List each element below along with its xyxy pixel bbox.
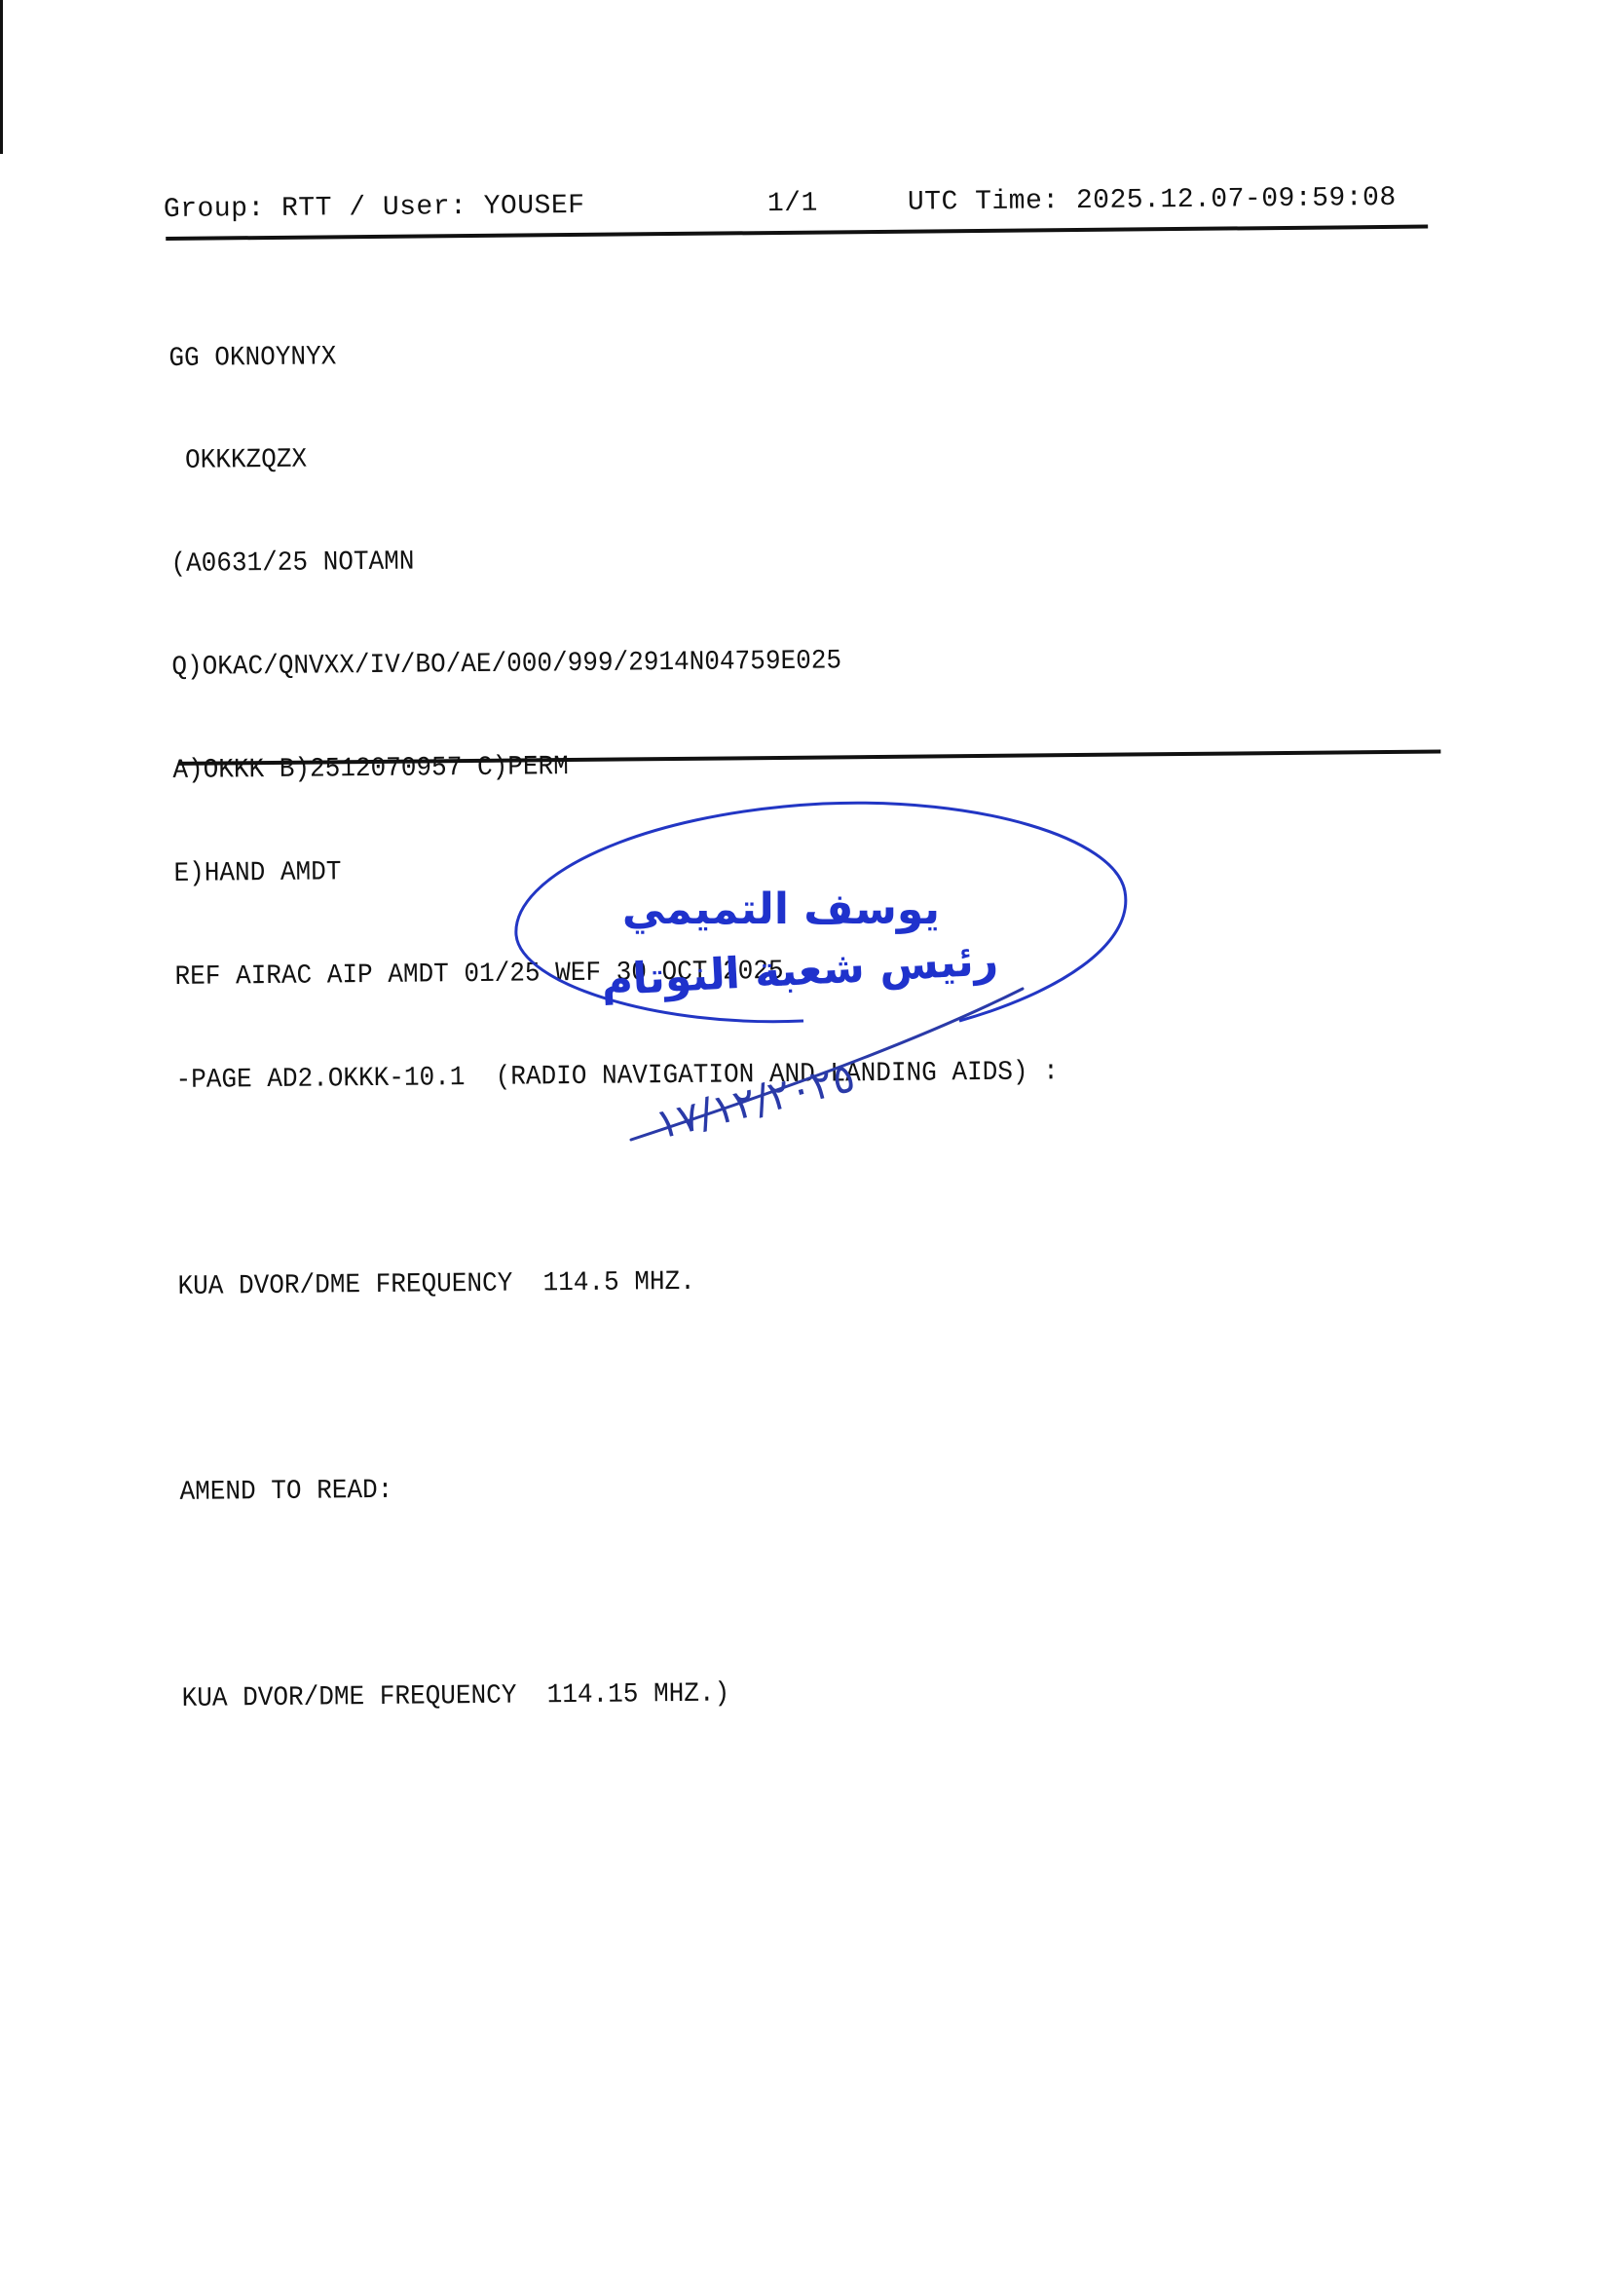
signature-date: ١٧/١٢/٢٠٢٥ [651, 1053, 859, 1148]
notam-id: (A0631/25 NOTAMN [170, 540, 1054, 583]
originator: OKKKZQZX [169, 436, 1053, 479]
stamp-name: يوسف التميمي [677, 885, 940, 934]
priority-address: GG OKNOYNYX [168, 333, 1052, 376]
abc-line: A)OKKK B)2512070957 C)PERM [172, 745, 1056, 788]
amend-label: AMEND TO READ: [179, 1468, 1063, 1511]
utc-time: UTC Time: 2025.12.07-09:59:08 [908, 183, 1430, 218]
old-value-line: KUA DVOR/DME FREQUENCY 114.5 MHZ. [177, 1261, 1061, 1304]
handwritten-date: ١٧/١٢/٢٠٢٥ [623, 1062, 954, 1218]
group-user-label: Group: RTT / User: YOUSEF [164, 191, 585, 225]
new-value-line: KUA DVOR/DME FREQUENCY 114.15 MHZ.) [181, 1674, 1064, 1716]
page-number: 1/1 [767, 189, 818, 219]
q-line: Q)OKAC/QNVXX/IV/BO/AE/000/999/2914N04759… [171, 643, 1055, 686]
